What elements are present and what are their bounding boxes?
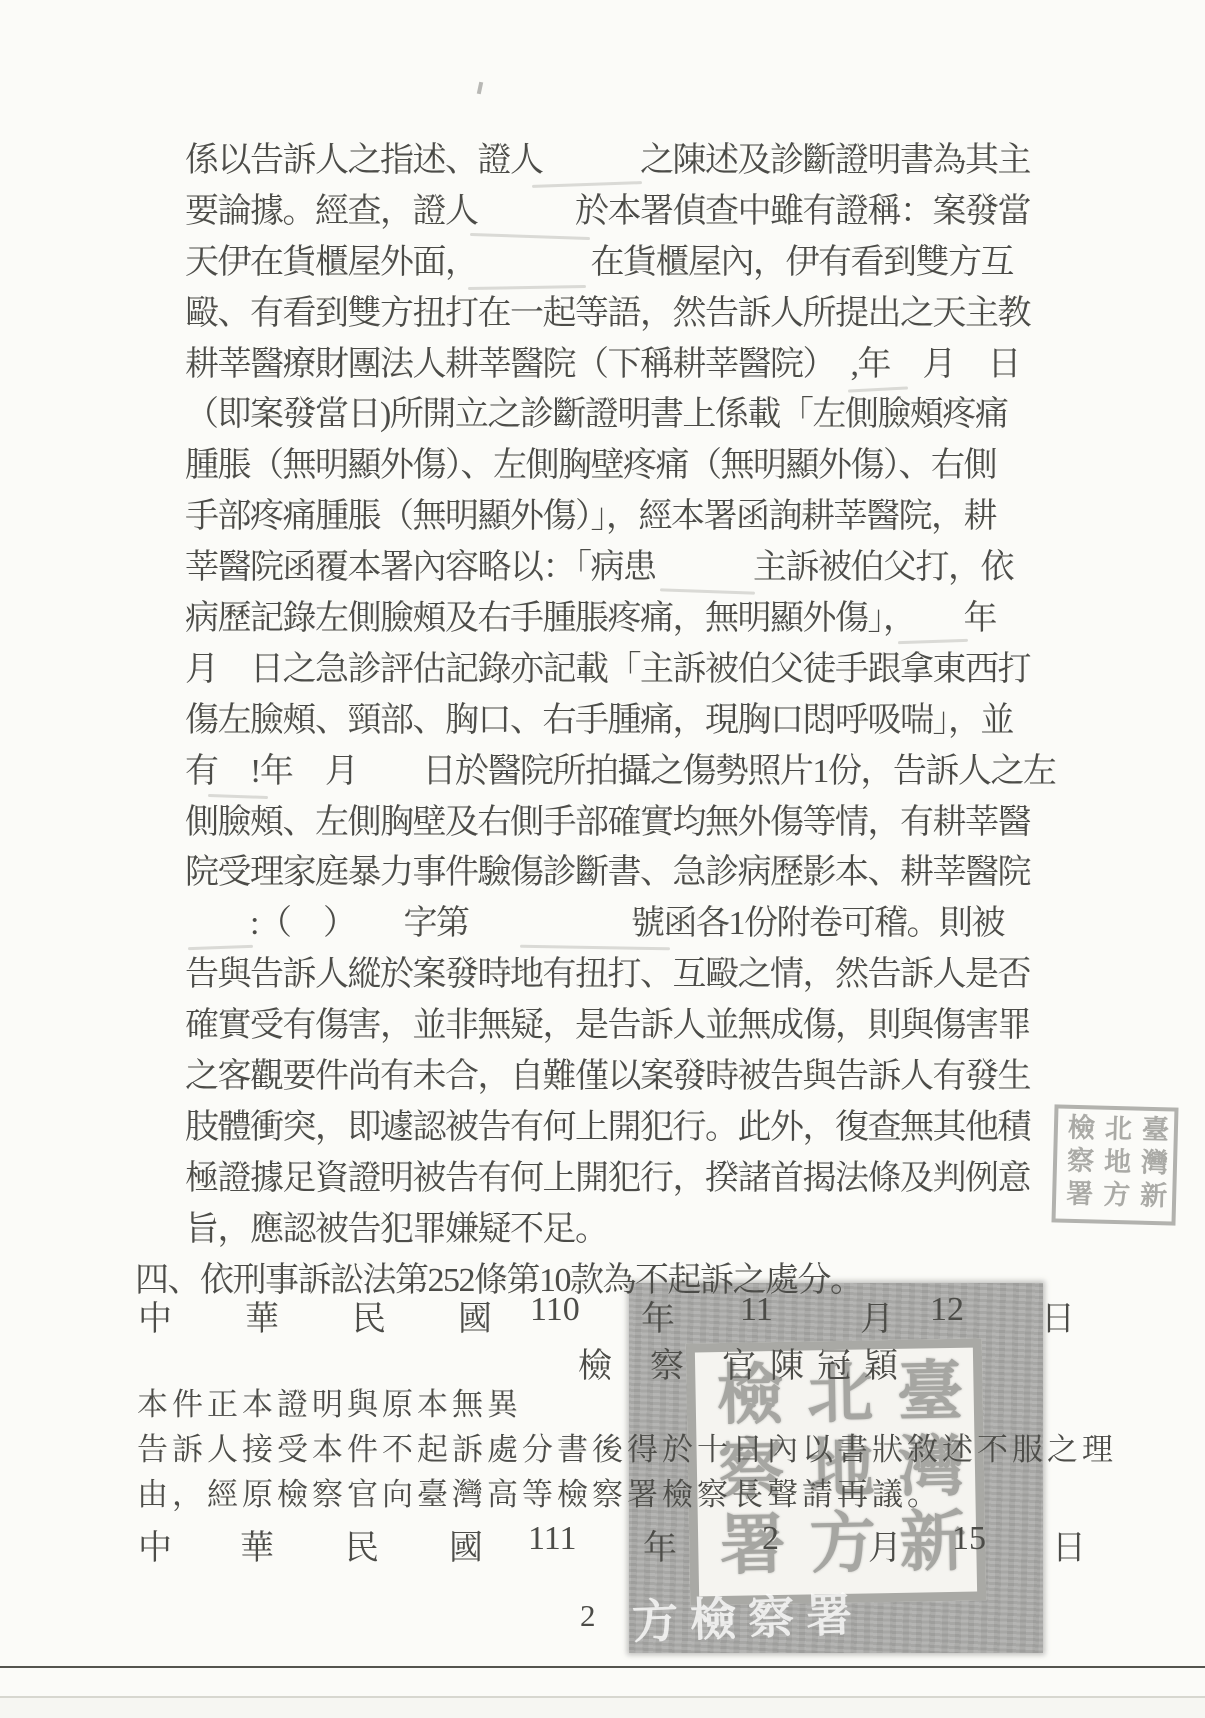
body-text-line: 手部疼痛腫脹（無明顯外傷）」，經本署函詢耕莘醫院，耕 xyxy=(185,497,1165,548)
body-text-line: 側臉頰、左側胸壁及右側手部確實均無外傷等情，有耕莘醫 xyxy=(185,803,1165,854)
body-text-line: 告與告訴人縱於案發時地有扭打、互毆之情，然告訴人是否 xyxy=(185,955,1165,1006)
body-text-line: 確實受有傷害，並非無疑，是告訴人並無成傷，則與傷害罪 xyxy=(185,1006,1165,1057)
body-text-line: 傷左臉頰、頸部、胸口、右手腫痛，現胸口悶呼吸喘」，並 xyxy=(185,701,1165,752)
scan-speck xyxy=(477,82,483,95)
service-date-token: 111 xyxy=(528,1520,576,1558)
body-text-line: 極證據足資證明被告有何上開犯行，揆諸首揭法條及判例意 xyxy=(185,1159,1165,1210)
body-text-line: 毆、有看到雙方扭打在一起等語，然告訴人所提出之天主教 xyxy=(185,294,1165,345)
service-date-token: 2 xyxy=(762,1520,779,1558)
decision-date-token: 12 xyxy=(930,1291,964,1329)
body-text-line: 要論據。經查，證人 於本署偵查中雖有證稱：案發當 xyxy=(185,192,1165,243)
footer-rule-dark xyxy=(0,1666,1205,1668)
service-date-token: 國 xyxy=(449,1520,483,1569)
body-text-line: 月 日之急診評估記錄亦記載「主訴被伯父徒手跟拿東西打 xyxy=(185,650,1165,701)
body-text-line: 之客觀要件尚有未合，自難僅以案發時被告與告訴人有發生 xyxy=(185,1057,1165,1108)
body-text-line: 係以告訴人之指述、證人 之陳述及診斷證明書為其主 xyxy=(185,141,1165,192)
prosecutor-token: 陳冠穎 xyxy=(770,1338,911,1387)
footer-strip xyxy=(0,1698,1205,1718)
decision-date-token: 11 xyxy=(740,1291,773,1329)
body-text-line: 旨，應認被告犯罪嫌疑不足。 xyxy=(185,1210,1165,1261)
service-date-token: 15 xyxy=(952,1520,986,1558)
service-date-token: 民 xyxy=(345,1520,379,1569)
appeal-notice-line-1: 告訴人接受本件不起訴處分書後得於十日內以書狀敘述不服之理 xyxy=(137,1424,1117,1469)
body-text-line: 耕莘醫療財團法人耕莘醫院（下稱耕莘醫院） ,年 月 日 xyxy=(185,345,1165,396)
service-date-token: 中 xyxy=(138,1520,172,1569)
body-text-line: 有 !年 月 日於醫院所拍攝之傷勢照片1份，告訴人之左 xyxy=(185,752,1165,803)
service-date-token: 年 xyxy=(643,1520,677,1569)
prosecutor-token: 檢 xyxy=(578,1338,612,1387)
decision-date-token: 中 xyxy=(138,1291,172,1340)
page-number: 2 xyxy=(580,1598,596,1634)
body-text-line: 院受理家庭暴力事件驗傷診斷書、急診病歷影本、耕莘醫院 xyxy=(185,853,1165,904)
decision-date-token: 110 xyxy=(530,1291,580,1329)
decision-date-token: 國 xyxy=(458,1291,492,1340)
scanned-legal-document-page: 臺灣新北地方檢察署 臺灣新北地方檢察署 方檢察署 係以告訴人之指述、證人 之陳述… xyxy=(0,0,1205,1718)
decision-date-token: 華 xyxy=(245,1291,279,1340)
body-text-block: 係以告訴人之指述、證人 之陳述及診斷證明書為其主要論據。經查，證人 於本署偵查中… xyxy=(185,141,1165,1311)
body-text-line: 天伊在貨櫃屋外面， 在貨櫃屋內，伊有看到雙方互 xyxy=(185,243,1165,294)
prosecutor-token: 官 xyxy=(722,1338,756,1387)
prosecutor-token: 察 xyxy=(650,1338,684,1387)
decision-date-token: 年 xyxy=(641,1291,675,1340)
seal-watermark-text: 方檢察署 xyxy=(631,1578,865,1652)
service-date-token: 日 xyxy=(1052,1520,1086,1569)
decision-date-token: 月 xyxy=(860,1291,894,1340)
body-text-line: 病歷記錄左側臉頰及右手腫脹疼痛，無明顯外傷」， 年 xyxy=(185,599,1165,650)
certification-note: 本件正本證明與原本無異 xyxy=(137,1379,522,1424)
body-text-line: 肢體衝突，即遽認被告有何上開犯行。此外，復查無其他積 xyxy=(185,1108,1165,1159)
service-date-token: 華 xyxy=(240,1520,274,1569)
decision-date-token: 日 xyxy=(1041,1291,1075,1340)
footer-rule-light xyxy=(0,1696,1205,1698)
service-date-token: 月 xyxy=(868,1520,902,1569)
body-text-line: （即案發當日)所開立之診斷證明書上係載「左側臉頰疼痛 xyxy=(185,395,1165,446)
appeal-notice-line-2: 由，經原檢察官向臺灣高等檢察署檢察長聲請再議。 xyxy=(137,1469,942,1514)
body-text-line: 莘醫院函覆本署內容略以：「病患 主訴被伯父打，依 xyxy=(185,548,1165,599)
body-text-line: :（ ） 字第 號函各1份附卷可稽。則被 xyxy=(185,904,1165,955)
body-text-line: 腫脹（無明顯外傷）、左側胸壁疼痛（無明顯外傷）、右側 xyxy=(185,446,1165,497)
decision-date-token: 民 xyxy=(352,1291,386,1340)
